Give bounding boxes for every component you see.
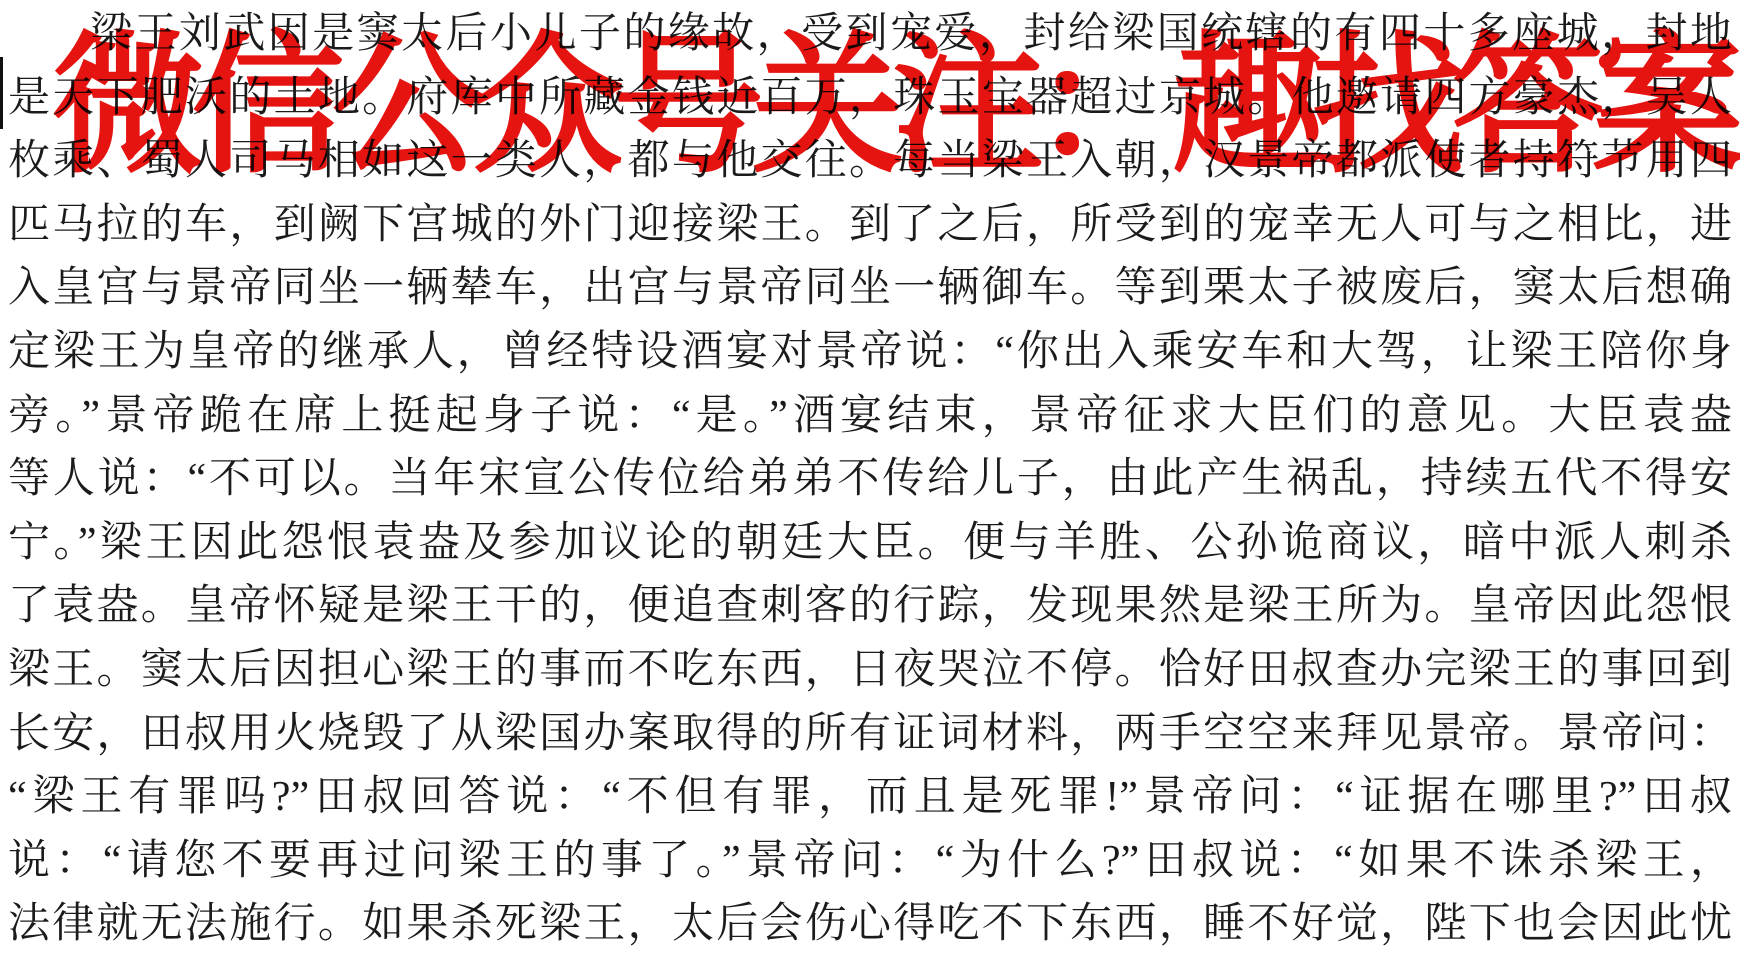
text-line: 定梁王为皇帝的继承人，曾经特设酒宴对景帝说：“你出入乘安车和大驾，让梁王陪你身 bbox=[0, 321, 1740, 385]
text-line: 梁王。窦太后因担心梁王的事而不吃东西，日夜哭泣不停。恰好田叔查办完梁王的事回到 bbox=[0, 639, 1740, 703]
text-line: “梁王有罪吗?”田叔回答说：“不但有罪，而且是死罪!”景帝问：“证据在哪里?”田… bbox=[0, 766, 1740, 830]
text-line: 梁王刘武因是窦太后小儿子的缘故，受到宠爱，封给梁国统辖的有四十多座城，封地 bbox=[0, 3, 1740, 67]
text-line: 是天下肥沃的土地。府库中所藏金钱近百万，珠玉宝器超过京城。他邀请四方豪杰，吴人 bbox=[0, 67, 1740, 131]
text-line: 了袁盎。皇帝怀疑是梁王干的，便追查刺客的行踪，发现果然是梁王所为。皇帝因此怨恨 bbox=[0, 575, 1740, 639]
text-line: 旁。”景帝跪在席上挺起身子说：“是。”酒宴结束，景帝征求大臣们的意见。大臣袁盎 bbox=[0, 385, 1740, 449]
document-page: 梁王刘武因是窦太后小儿子的缘故，受到宠爱，封给梁国统辖的有四十多座城，封地 是天… bbox=[0, 0, 1740, 958]
text-line: 枚乘、蜀人司马相如这一类人，都与他交往。每当梁王入朝，汉景帝都派使者持符节用四 bbox=[0, 130, 1740, 194]
text-line: 宁。”梁王因此怨恨袁盎及参加议论的朝廷大臣。便与羊胜、公孙诡商议，暗中派人刺杀 bbox=[0, 512, 1740, 576]
scan-edge-artifact bbox=[0, 57, 3, 129]
text-line: 说：“请您不要再过问梁王的事了。”景帝问：“为什么?”田叔说：“如果不诛杀梁王， bbox=[0, 830, 1740, 894]
text-line: 等人说：“不可以。当年宋宣公传位给弟弟不传给儿子，由此产生祸乱，持续五代不得安 bbox=[0, 448, 1740, 512]
paragraph: 梁王刘武因是窦太后小儿子的缘故，受到宠爱，封给梁国统辖的有四十多座城，封地 是天… bbox=[0, 3, 1740, 957]
text-line: 匹马拉的车，到阙下宫城的外门迎接梁王。到了之后，所受到的宠幸无人可与之相比，进 bbox=[0, 194, 1740, 258]
text-line: 入皇宫与景帝同坐一辆辇车，出宫与景帝同坐一辆御车。等到栗太子被废后，窦太后想确 bbox=[0, 257, 1740, 321]
text-line: 法律就无法施行。如果杀死梁王，太后会伤心得吃不下东西，睡不好觉，陛下也会因此忧 bbox=[0, 893, 1740, 957]
text-line: 长安，田叔用火烧毁了从梁国办案取得的所有证词材料，两手空空来拜见景帝。景帝问： bbox=[0, 703, 1740, 767]
